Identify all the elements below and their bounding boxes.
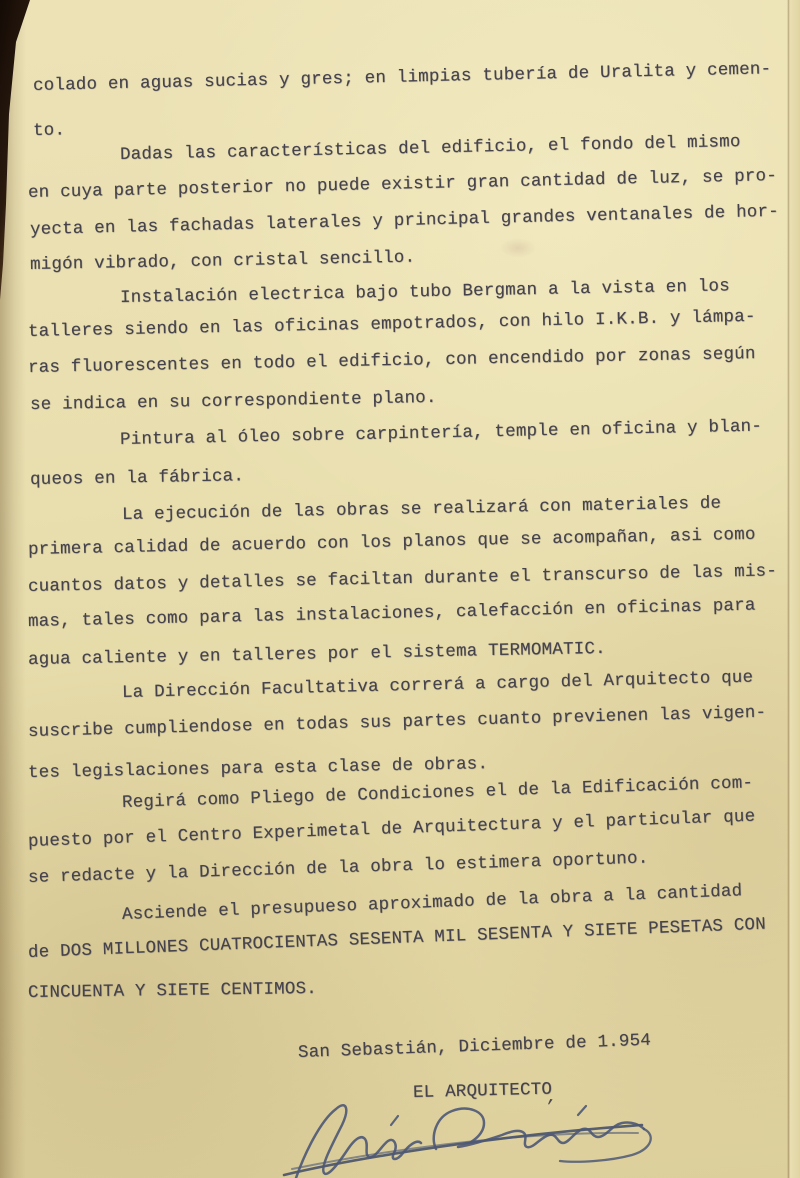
page-crease — [787, 0, 790, 1178]
handwritten-signature-icon — [270, 1095, 680, 1178]
body-line: La ejecución de las obras se realizará c… — [122, 493, 722, 525]
body-line: migón vibrado, con cristal sencillo. — [30, 248, 416, 275]
body-line: CINCUENTA Y SIETE CENTIMOS. — [28, 979, 317, 1003]
body-line: La Dirección Facultativa correrá a cargo… — [122, 668, 754, 703]
body-line: Dadas las características del edificio, … — [120, 132, 741, 165]
body-line: suscribe cumpliendose en todas sus parte… — [28, 703, 767, 742]
body-line: agua caliente y en talleres por el siste… — [28, 639, 606, 670]
body-line: en cuya parte posterior no puede existir… — [28, 166, 777, 203]
body-line: mas, tales como para las instalaciones, … — [28, 595, 756, 632]
date-line: San Sebastián, Diciembre de 1.954 — [298, 1031, 652, 1063]
body-line: primera calidad de acuerdo con los plano… — [28, 525, 756, 560]
body-line: Instalación electrica bajo tubo Bergman … — [120, 276, 730, 308]
body-line: to. — [33, 120, 65, 141]
body-line: tes legislaciones para esta clase de obr… — [28, 754, 488, 783]
body-line: puesto por el Centro Experimetal de Arqu… — [28, 807, 756, 852]
body-line: queos en la fábrica. — [30, 466, 244, 490]
body-line: yecta en las fachadas laterales y princi… — [30, 202, 779, 240]
body-line: cuantos datos y detalles se faciltan dur… — [28, 561, 777, 597]
body-line: se indica en su correspondiente plano. — [30, 388, 437, 415]
paper-smudge — [500, 238, 536, 258]
body-line: colado en aguas sucias y gres; en limpia… — [33, 59, 772, 96]
page-right-edge — [790, 0, 800, 1178]
body-line: talleres siendo en las oficinas empotrad… — [28, 307, 756, 342]
body-line: se redacte y la Dirección de la obra lo … — [28, 849, 649, 888]
body-line: Pintura al óleo sobre carpintería, templ… — [120, 417, 762, 450]
document-page: colado en aguas sucias y gres; en limpia… — [0, 0, 800, 1178]
body-line: ras fluorescentes en todo el edificio, c… — [28, 344, 756, 378]
